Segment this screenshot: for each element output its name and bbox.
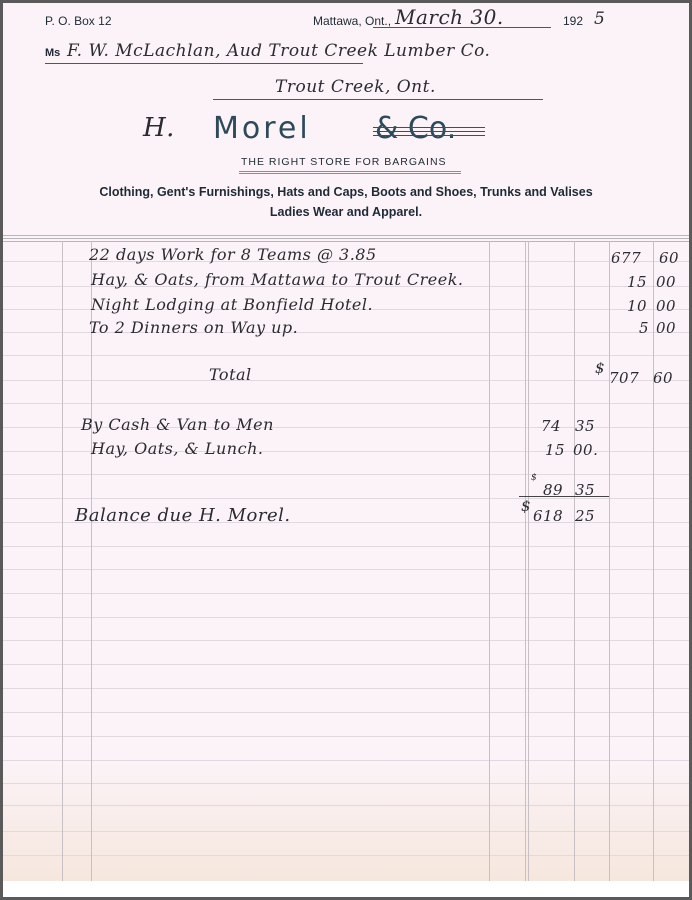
- city: Mattawa, Ont.,: [313, 14, 391, 28]
- credit-cents: 00.: [573, 441, 598, 459]
- ledger-line: [3, 546, 689, 547]
- ledger-line: [3, 664, 689, 665]
- charge-cents: 00: [656, 273, 676, 291]
- customer-address-rule: [213, 99, 543, 100]
- charge-description: Night Lodging at Bonfield Hotel.: [91, 295, 373, 314]
- credit-dollars: 15: [545, 441, 565, 459]
- balance-currency: $: [521, 497, 531, 515]
- customer-line-rule: [45, 63, 363, 64]
- customer-name: F. W. McLachlan, Aud Trout Creek Lumber …: [67, 41, 490, 61]
- header-rule: [3, 235, 689, 236]
- charge-dollars: 5: [639, 319, 649, 337]
- ledger-line: [3, 855, 689, 856]
- customer-address: Trout Creek, Ont.: [275, 77, 436, 97]
- year-printed: 192: [563, 14, 583, 28]
- charge-description: 22 days Work for 8 Teams @ 3.85: [89, 245, 377, 264]
- charge-cents: 00: [656, 297, 676, 315]
- credit-dollars: 74: [541, 417, 561, 435]
- company-name: Morel: [213, 111, 311, 146]
- column-rule: [609, 241, 610, 881]
- ledger-line: [3, 712, 689, 713]
- column-rule: [91, 241, 92, 881]
- tagline-underline: [239, 171, 461, 172]
- ledger-line: [3, 783, 689, 784]
- sum-underline: [519, 496, 609, 497]
- balance-cents: 25: [575, 507, 595, 525]
- charge-description: To 2 Dinners on Way up.: [89, 318, 298, 337]
- header-rule: [3, 238, 689, 239]
- charge-cents: 60: [659, 249, 679, 267]
- ledger-line: [3, 805, 689, 806]
- total-label: Total: [209, 365, 252, 384]
- ledger-line: [3, 403, 689, 404]
- total-dollars: 707: [609, 369, 639, 387]
- total-cents: 60: [653, 369, 673, 387]
- strike-line: [373, 127, 485, 128]
- balance-dollars: 618: [533, 507, 563, 525]
- ledger-line: [3, 760, 689, 761]
- ledger-line: [3, 355, 689, 356]
- ledger-line: [3, 640, 689, 641]
- charge-description: Hay, & Oats, from Mattawa to Trout Creek…: [91, 270, 464, 289]
- column-rule: [525, 241, 526, 881]
- ledger-line: [3, 593, 689, 594]
- column-rule: [489, 241, 490, 881]
- credit-cents: 35: [575, 417, 595, 435]
- goods-line-1: Clothing, Gent's Furnishings, Hats and C…: [3, 185, 689, 199]
- company-initial: H.: [143, 113, 175, 143]
- po-box: P. O. Box 12: [45, 14, 112, 28]
- ledger-line: [3, 831, 689, 832]
- tagline: THE RIGHT STORE FOR BARGAINS: [241, 156, 447, 168]
- ledger-line: [3, 688, 689, 689]
- charge-dollars: 10: [627, 297, 647, 315]
- date-handwritten: March 30.: [395, 5, 504, 29]
- header-rule: [3, 241, 689, 242]
- credit-description: By Cash & Van to Men: [81, 415, 274, 434]
- column-rule: [62, 241, 63, 881]
- charge-dollars: 677: [611, 249, 641, 267]
- paper-stain: [3, 761, 689, 881]
- year-handwritten: 5: [594, 9, 605, 29]
- column-rule: [653, 241, 654, 881]
- ledger-line: [3, 569, 689, 570]
- total-currency: $: [595, 359, 605, 377]
- credit-description: Hay, Oats, & Lunch.: [91, 439, 263, 458]
- charge-dollars: 15: [627, 273, 647, 291]
- charge-cents: 00: [656, 319, 676, 337]
- strike-line: [373, 135, 485, 136]
- salutation: Ms: [45, 47, 60, 59]
- ledger-line: [3, 736, 689, 737]
- balance-label: Balance due H. Morel.: [75, 505, 291, 526]
- tagline-underline: [239, 173, 461, 174]
- goods-line-2: Ladies Wear and Apparel.: [3, 205, 689, 219]
- ledger-line: [3, 474, 689, 475]
- column-rule: [574, 241, 575, 881]
- invoice-paper: P. O. Box 12 Mattawa, Ont., March 30. 19…: [3, 3, 689, 881]
- credits-total-currency: $: [531, 473, 537, 483]
- ledger-line: [3, 617, 689, 618]
- company-suffix: & Co.: [375, 111, 456, 146]
- strike-line: [373, 131, 485, 132]
- column-rule: [528, 241, 529, 881]
- ledger-line: [3, 380, 689, 381]
